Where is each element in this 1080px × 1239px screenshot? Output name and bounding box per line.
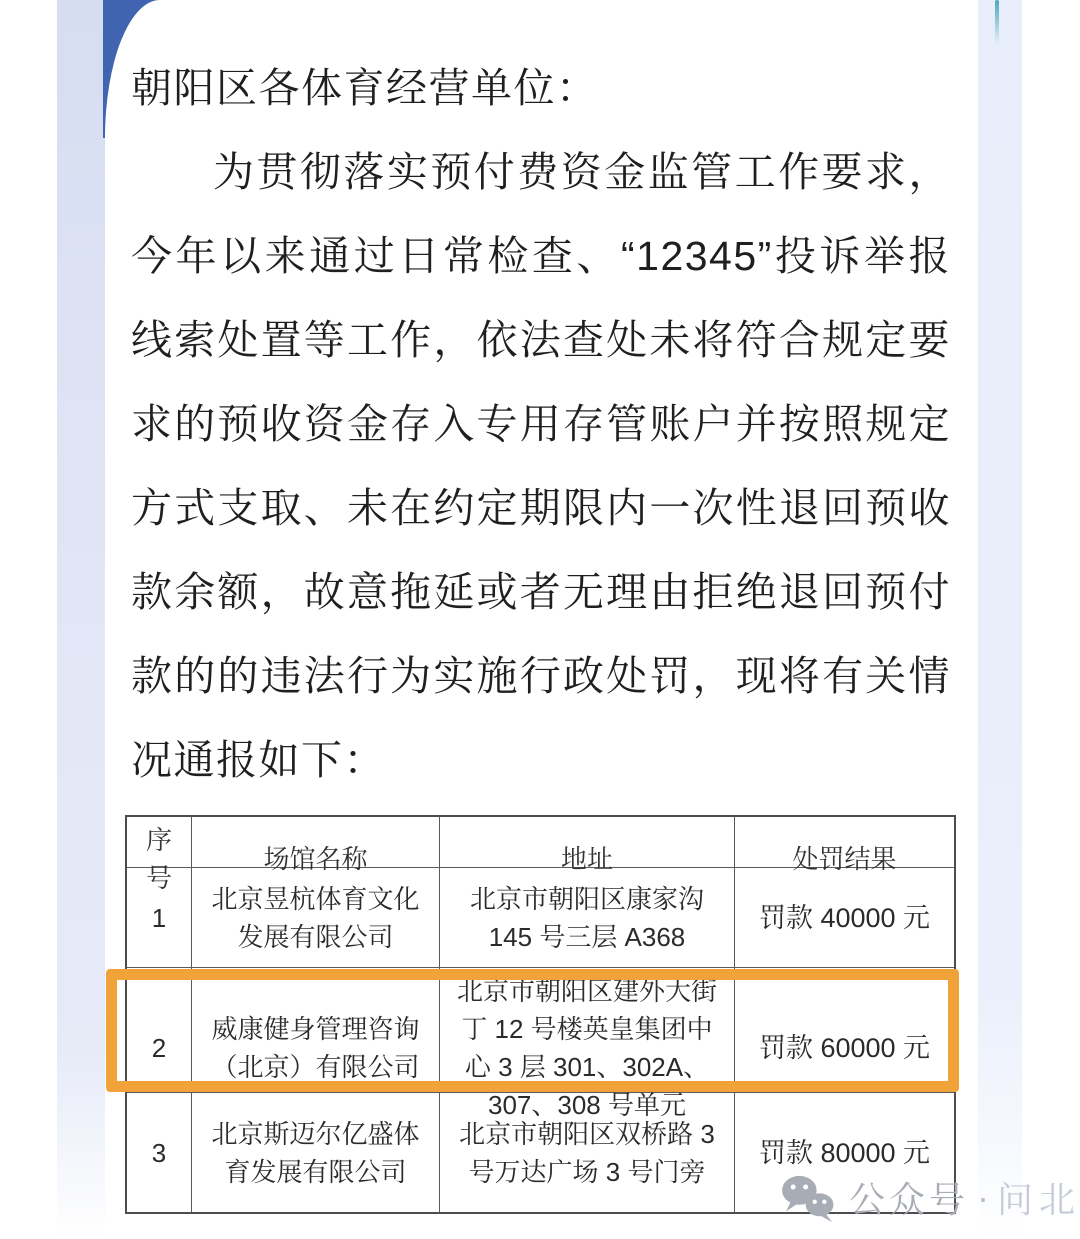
salutation-line: 朝阳区各体育经营单位： <box>131 46 951 130</box>
watermark-separator: · <box>977 1177 989 1219</box>
watermark-label: 公众号 <box>849 1172 969 1223</box>
cell-address: 北京市朝阳区双桥路 3 号万达广场 3 号门旁 <box>439 1093 734 1212</box>
wechat-icon <box>779 1174 837 1222</box>
notice-paragraph: 为贯彻落实预付费资金监管工作要求，今年以来通过日常检查、“12345”投诉举报线… <box>131 130 951 802</box>
cell-no: 3 <box>127 1093 191 1212</box>
table-header-row: 序号 场馆名称 地址 处罚结果 <box>127 817 954 867</box>
cell-no: 1 <box>127 868 191 967</box>
table-row-highlighted: 2 威康健身管理咨询（北京）有限公司 北京市朝阳区建外大街丁 12 号楼英皇集团… <box>127 967 954 1092</box>
cell-venue: 北京斯迈尔亿盛体育发展有限公司 <box>191 1093 439 1212</box>
cell-address: 北京市朝阳区康家沟 145 号三层 A368 <box>439 868 734 967</box>
watermark: 公众号 · 问北京 <box>779 1172 1080 1223</box>
cell-penalty: 罚款 40000 元 <box>734 868 954 967</box>
table-row: 1 北京昱杭体育文化发展有限公司 北京市朝阳区康家沟 145 号三层 A368 … <box>127 867 954 967</box>
cell-venue: 北京昱杭体育文化发展有限公司 <box>191 868 439 967</box>
watermark-account: 问北京 <box>997 1172 1080 1223</box>
left-accent-strip <box>57 0 105 1239</box>
penalty-table: 序号 场馆名称 地址 处罚结果 1 北京昱杭体育文化发展有限公司 北京市朝阳区康… <box>125 815 956 1214</box>
announcement-page: 朝阳区各体育经营单位： 为贯彻落实预付费资金监管工作要求，今年以来通过日常检查、… <box>0 0 1080 1239</box>
teal-tick-decoration <box>995 0 999 44</box>
right-accent-strip <box>978 0 1022 1239</box>
